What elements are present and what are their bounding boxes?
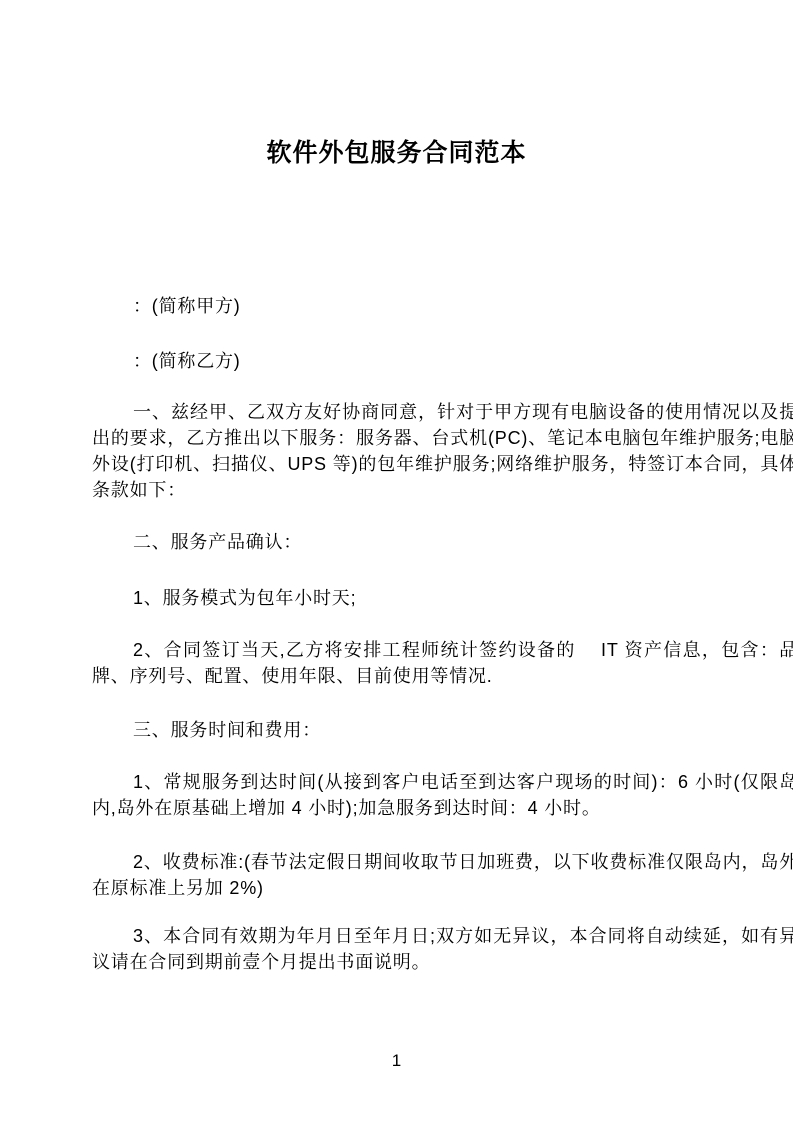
clause-3-item-1: 1、常规服务到达时间(从接到客户电话至到达客户现场的时间)：6 小时(仅限岛内,…: [92, 769, 793, 821]
party-a-line: ：(简称甲方): [92, 293, 793, 319]
clause-3-heading: 三、服务时间和费用：: [92, 717, 793, 743]
party-b-line: ：(简称乙方): [92, 348, 793, 374]
document-title: 软件外包服务合同范本: [0, 138, 793, 168]
clause-1-paragraph: 一、兹经甲、乙双方友好协商同意，针对于甲方现有电脑设备的使用情况以及提出的要求，…: [92, 399, 793, 503]
clause-2-item-2: 2、合同签订当天,乙方将安排工程师统计签约设备的 IT 资产信息，包含：品牌、序…: [92, 637, 793, 689]
clause-3-item-3: 3、本合同有效期为年月日至年月日;双方如无异议，本合同将自动续延，如有异议请在合…: [92, 923, 793, 975]
clause-2-item-1: 1、服务模式为包年小时天;: [92, 585, 793, 611]
clause-3-item-2: 2、收费标准:(春节法定假日期间收取节日加班费，以下收费标准仅限岛内，岛外在原标…: [92, 849, 793, 901]
document-page: 软件外包服务合同范本 ：(简称甲方) ：(简称乙方) 一、兹经甲、乙双方友好协商…: [0, 0, 793, 1122]
clause-2-heading: 二、服务产品确认：: [92, 529, 793, 555]
page-number: 1: [0, 1050, 793, 1072]
